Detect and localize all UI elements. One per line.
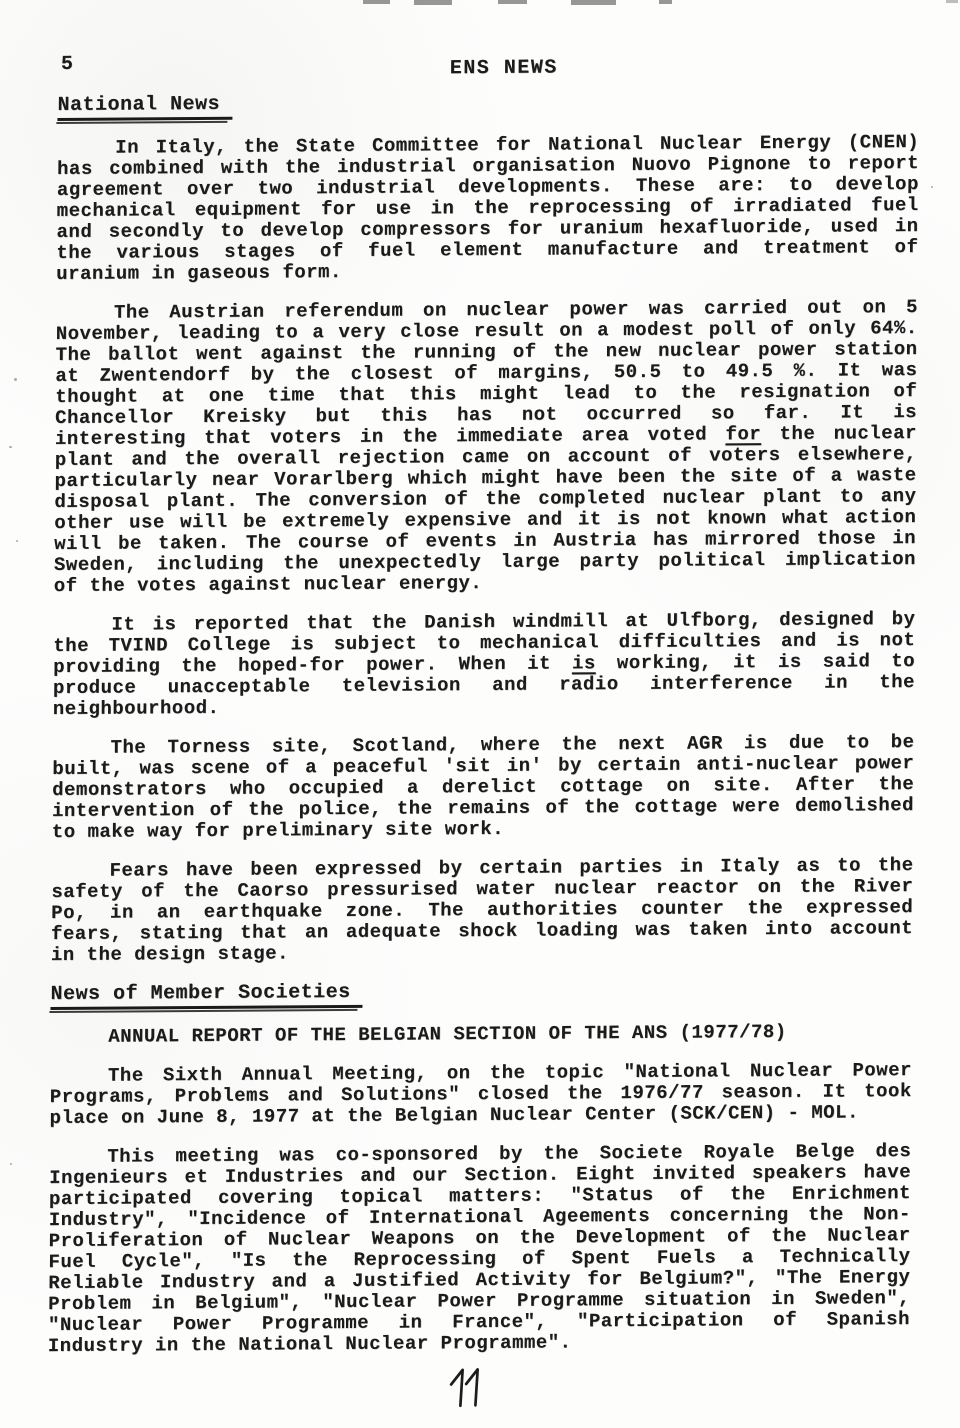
- paragraph: The Torness site, Scotland, where the ne…: [52, 732, 915, 843]
- text-line: Industry in the National Nuclear Program…: [48, 1330, 910, 1357]
- text-line: uranium in gaseous form.: [56, 258, 918, 285]
- paragraph: In Italy, the State Committee for Nation…: [56, 132, 919, 285]
- scan-speck: [9, 446, 12, 448]
- page-content: 5 ENS NEWS National News In Italy, the S…: [48, 42, 920, 1375]
- page-number: 5: [61, 54, 74, 75]
- section-paragraphs: In Italy, the State Committee for Nation…: [51, 132, 920, 966]
- section-subheading: ANNUAL REPORT OF THE BELGIAN SECTION OF …: [50, 1021, 912, 1048]
- paragraph: Fears have been expressed by certain par…: [51, 855, 914, 966]
- scan-artifact-dash: [659, 0, 672, 4]
- text-line: place on June 8, 1977 at the Belgian Nuc…: [50, 1102, 912, 1129]
- scan-speck: [10, 1163, 12, 1165]
- paragraph: The Austrian referendum on nuclear power…: [54, 297, 918, 597]
- paragraph: The Sixth Annual Meeting, on the topic "…: [50, 1060, 912, 1129]
- section-paragraphs: The Sixth Annual Meeting, on the topic "…: [48, 1060, 912, 1357]
- scan-artifact-dash: [571, 0, 616, 5]
- scan-artifact-dash: [946, 0, 958, 3]
- scan-artifact-dash: [414, 0, 452, 5]
- page-header: 5 ENS NEWS: [58, 42, 920, 95]
- handwritten-11-strokes: [447, 1365, 485, 1410]
- section-member-societies: News of Member Societies ANNUAL REPORT O…: [48, 978, 913, 1357]
- scan-artifact-dash: [498, 0, 527, 4]
- scan-artifact-dash: [363, 0, 390, 4]
- section-heading: National News: [57, 94, 232, 121]
- paragraph: This meeting was co-sponsored by the Soc…: [48, 1141, 912, 1357]
- scan-speck: [14, 378, 17, 381]
- paragraph: It is reported that the Danish windmill …: [53, 609, 916, 720]
- scan-speck: [931, 186, 933, 188]
- header-title: ENS NEWS: [450, 58, 558, 80]
- section-heading: News of Member Societies: [50, 982, 362, 1010]
- text-line: to make way for preliminary site work.: [52, 816, 914, 843]
- text-line: neighbourhood.: [53, 693, 915, 720]
- scan-speck: [16, 540, 18, 542]
- section-national-news: National News In Italy, the State Commit…: [51, 89, 920, 966]
- handwritten-page-number: 11: [447, 1365, 485, 1410]
- text-line: in the design stage.: [51, 939, 913, 966]
- text-line: of the votes against nuclear energy.: [54, 570, 916, 597]
- scanned-page: 5 ENS NEWS National News In Italy, the S…: [0, 0, 960, 1428]
